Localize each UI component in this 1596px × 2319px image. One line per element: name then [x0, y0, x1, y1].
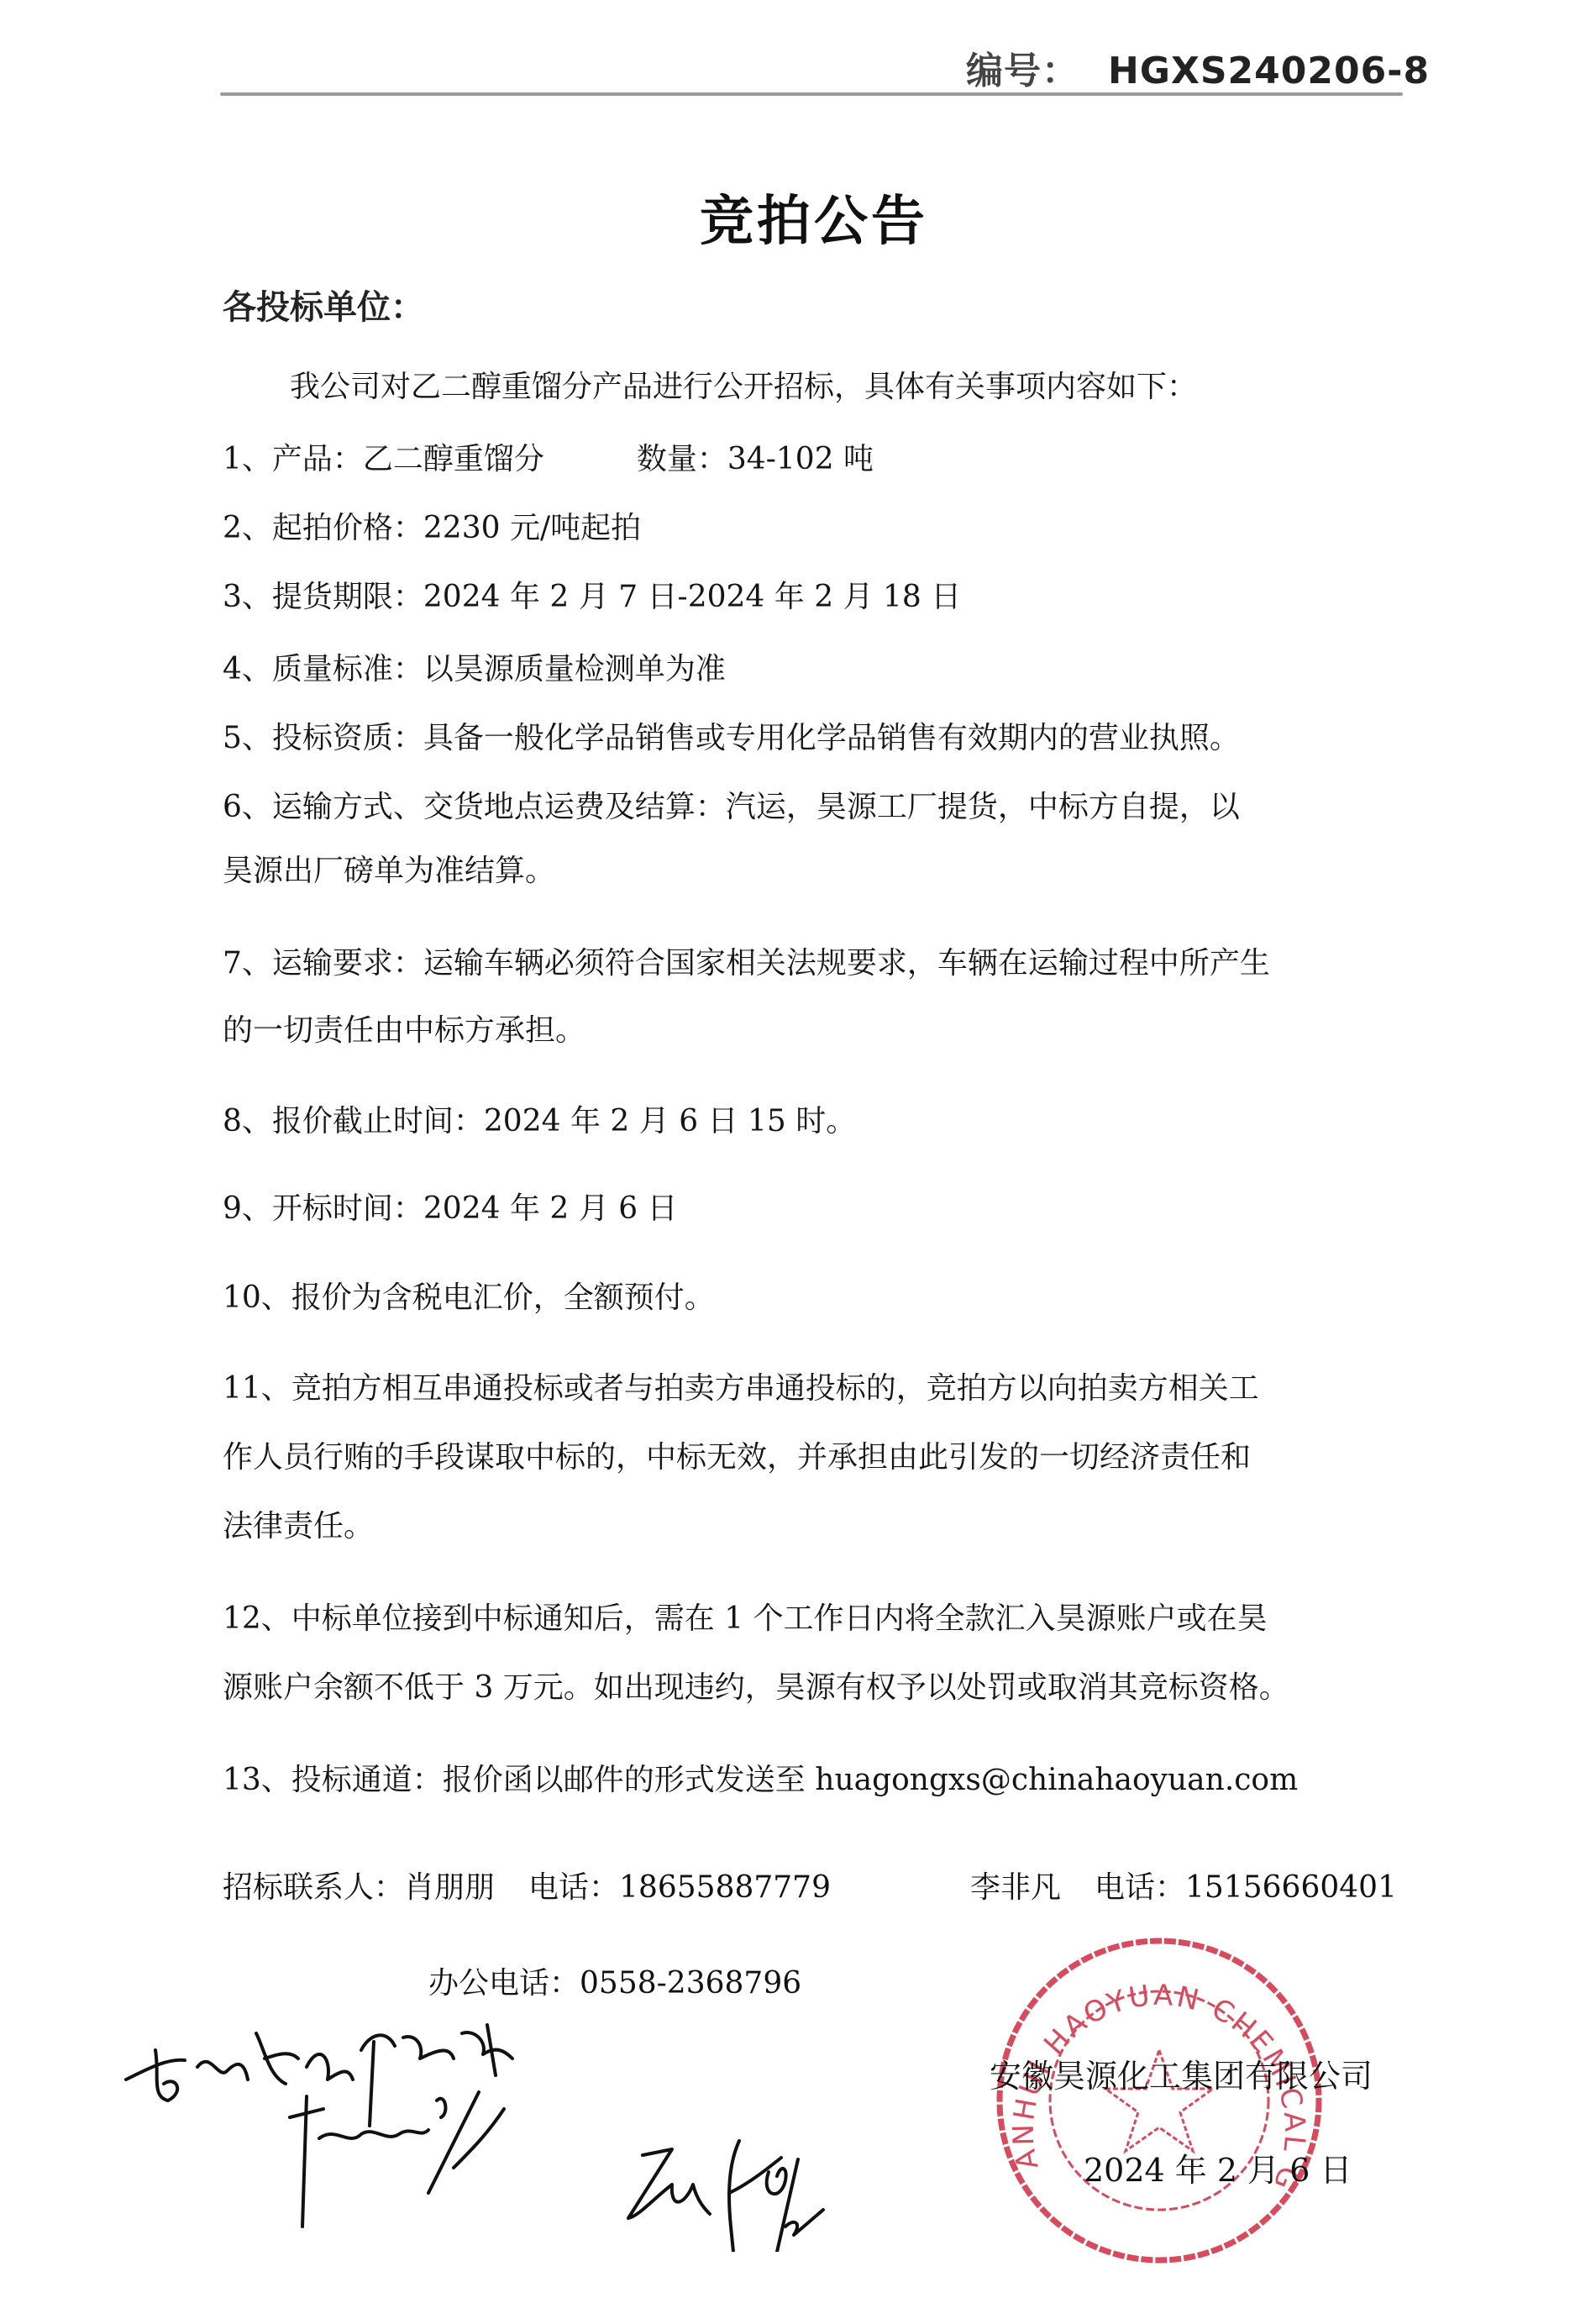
document-number-label: 编号： [966, 50, 1079, 92]
office-phone-label: 办公电话： [428, 1966, 580, 2001]
handwritten-signature [622, 2117, 840, 2255]
signature-icon [622, 2117, 840, 2252]
list-item-transport-settlement: 6、运输方式、交货地点运费及结算：汽运，昊源工厂提货，中标方自提，以 [223, 783, 1240, 826]
page-title: 竞拍公告 [700, 178, 928, 255]
list-item-payment: 12、中标单位接到中标通知后，需在 1 个工作日内将全款汇入昊源账户或在昊 [223, 1595, 1268, 1638]
list-item-bid-channel: 13、投标通道：报价函以邮件的形式发送至 huagongxs@chinahaoy… [223, 1756, 1298, 1799]
list-item-collusion-cont2: 法律责任。 [223, 1502, 374, 1545]
phone-number-2: 15156660401 [1185, 1870, 1397, 1905]
contact-label: 招标联系人： [223, 1870, 404, 1905]
list-item-quality-standard: 4、质量标准：以昊源质量检测单为准 [223, 645, 726, 688]
contact-name-1: 肖朋朋 [404, 1870, 495, 1905]
list-item-collusion: 11、竞拍方相互串通投标或者与拍卖方串通投标的，竞拍方以向拍卖方相关工 [223, 1365, 1259, 1407]
salutation: 各投标单位： [223, 281, 424, 329]
list-item-start-price: 2、起拍价格：2230 元/吨起拍 [223, 504, 641, 547]
list-item-transport-requirement-cont: 的一切责任由中标方承担。 [223, 1007, 585, 1049]
list-item-bidder-qualification: 5、投标资质：具备一般化学品销售或专用化学品销售有效期内的营业执照。 [223, 714, 1240, 757]
document-number: 编号：HGXS240206-8 [966, 40, 1430, 94]
list-item-pickup-period: 3、提货期限：2024 年 2 月 7 日-2024 年 2 月 18 日 [223, 573, 961, 616]
list-item-transport-settlement-cont: 昊源出厂磅单为准结算。 [223, 847, 555, 890]
phone-label-1: 电话： [528, 1870, 619, 1905]
issue-date: 2024 年 2 月 6 日 [1084, 2144, 1352, 2190]
phone-number-1: 18655887779 [619, 1870, 831, 1905]
list-item-payment-cont: 源账户余额不低于 3 万元。如出现违约，昊源有权予以处罚或取消其竞标资格。 [223, 1664, 1289, 1706]
product-text: 1、产品：乙二醇重馏分 [223, 442, 544, 476]
handwritten-approval-note [118, 2000, 554, 2238]
company-seal-stamp: ANHUI HAOYUAN CHEMICAL GROUP CO.,LTD. [983, 1924, 1336, 2277]
phone-label-2: 电话： [1095, 1870, 1185, 1905]
seal-icon: ANHUI HAOYUAN CHEMICAL GROUP CO.,LTD. [983, 1924, 1336, 2277]
issuer-company: 安徽昊源化工集团有限公司 [990, 2050, 1373, 2096]
intro-paragraph: 我公司对乙二醇重馏分产品进行公开招标，具体有关事项内容如下： [290, 363, 1197, 406]
contact-primary: 招标联系人：肖朋朋电话：18655887779 [223, 1864, 831, 1906]
list-item-bid-deadline: 8、报价截止时间：2024 年 2 月 6 日 15 时。 [223, 1097, 856, 1140]
list-item-product: 1、产品：乙二醇重馏分数量：34-102 吨 [223, 435, 874, 478]
document-number-value: HGXS240206-8 [1108, 50, 1430, 92]
header-divider [220, 92, 1403, 96]
list-item-price-terms: 10、报价为含税电汇价，全额预付。 [223, 1274, 715, 1317]
quantity-text: 数量：34-102 吨 [637, 442, 874, 476]
list-item-bid-opening: 9、开标时间：2024 年 2 月 6 日 [223, 1185, 678, 1228]
office-phone-number: 0558-2368796 [580, 1966, 801, 2001]
office-phone: 办公电话：0558-2368796 [428, 1959, 801, 2002]
handwriting-icon [118, 2000, 554, 2235]
contact-name-2: 李非凡 [970, 1870, 1061, 1905]
list-item-transport-requirement: 7、运输要求：运输车辆必须符合国家相关法规要求，车辆在运输过程中所产生 [223, 939, 1270, 982]
contact-secondary: 李非凡电话：15156660401 [970, 1864, 1397, 1906]
list-item-collusion-cont1: 作人员行贿的手段谋取中标的，中标无效，并承担由此引发的一切经济责任和 [223, 1433, 1251, 1476]
